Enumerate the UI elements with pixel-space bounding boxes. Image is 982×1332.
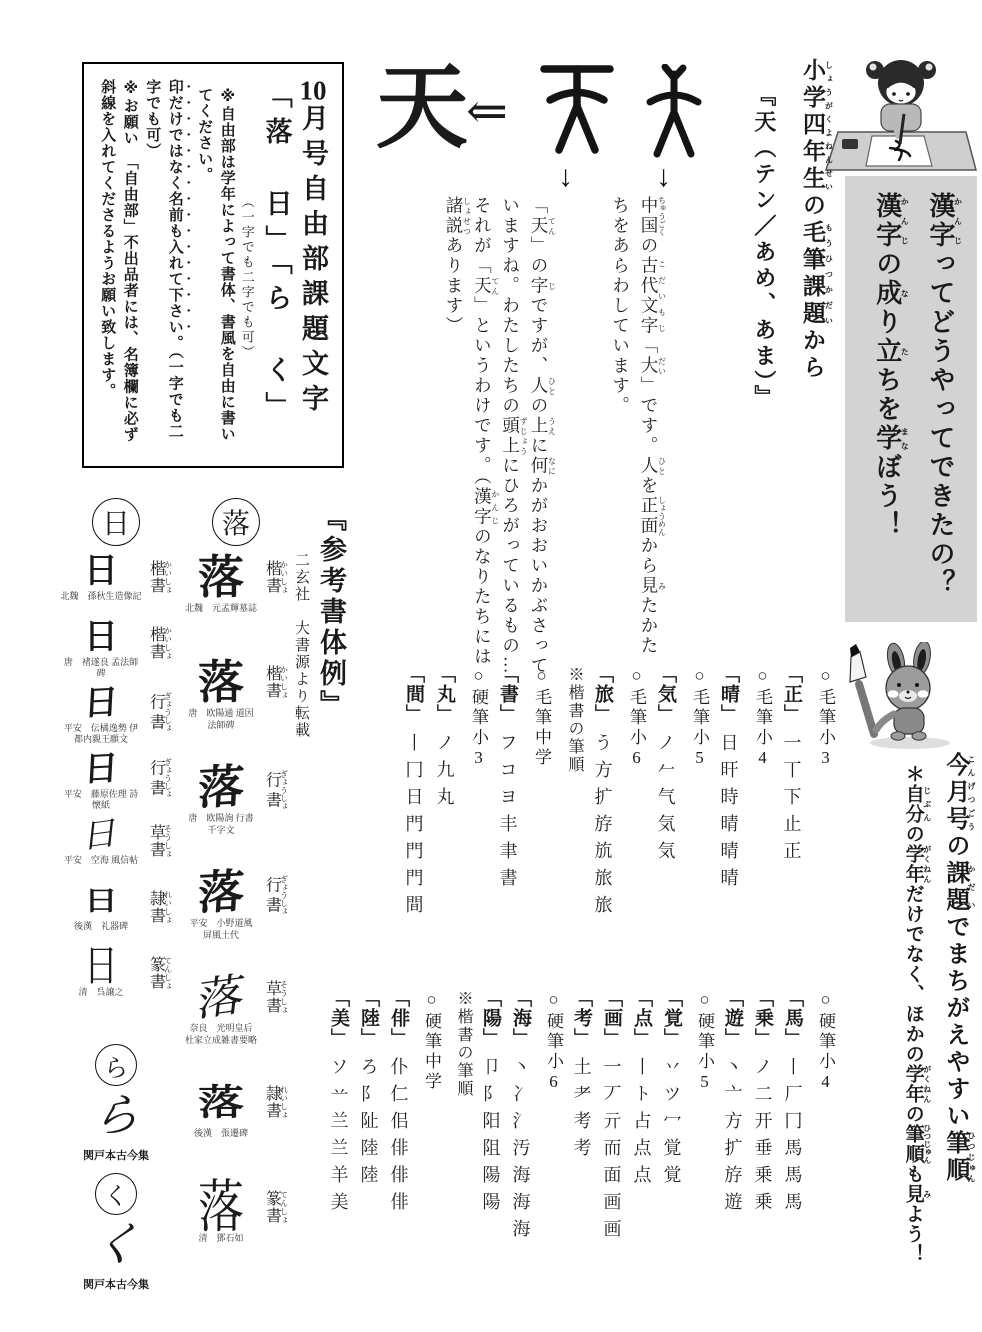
stroke-order-steps: ソ䒑兰兰羊美 [326, 1057, 352, 1219]
kana-cursive-glyph: ら [89, 1090, 142, 1143]
banner-title-line2: 漢字かんじの成なり立たちを学まなぼう！ [860, 192, 913, 622]
stroke-order-kanji-column: 「海」丶冫氵汚海海海 [506, 988, 535, 1246]
stroke-order-kaisho-note: ※楷書の筆順 [556, 664, 586, 774]
stroke-order-target-kanji: 「陽」 [477, 988, 504, 1048]
article-heading-block: 小学四年生しょうがくよねんせいの毛筆課題もうひつかだいから 『天（テン／あめ、あ… [698, 58, 840, 628]
script-glyph-wrap: 日唐 褚遂良 孟法師碑 [60, 620, 142, 680]
stroke-order-kanji-column: 「乗」ノ二开垂乗乗 [748, 988, 777, 1219]
stroke-order-steps: 丨ト占点点 [629, 1057, 655, 1192]
kana-cursive-glyph: く [89, 1219, 142, 1272]
script-source-caption: 奈良 光明皇后 杜家立成雑書要略 [184, 1023, 258, 1046]
script-style-entry: 落唐 欧陽通 道因法師碑楷書かいしょ [184, 659, 288, 764]
stroke-order-kanji-column: 「正」一丅下止正 [777, 664, 806, 868]
stroke-order-steps: 仆仁佀俳俳俳 [386, 1057, 412, 1219]
script-glyph-wrap: 落平安 小野道風 屏風土代 [184, 869, 258, 942]
stroke-order-target-kanji: 「覚」 [658, 988, 685, 1048]
newsletter-page: 漢字かんじってどうやってできたの？ 漢字かんじの成なり立たちを学まなぼう！ 小学… [0, 0, 982, 1332]
stroke-order-steps: フコヨ丰聿書 [495, 733, 521, 895]
girl-illustration-svg [820, 56, 982, 174]
stroke-order-target-kanji: 「陸」 [355, 988, 382, 1048]
script-style-entry: 日北魏 孫秋生造像記楷書かいしょ [60, 554, 172, 620]
stroke-order-kanji-column: 「俳」仆仁佀俳俳俳 [384, 988, 413, 1219]
script-source-caption: 後漢 張遷碑 [194, 1128, 248, 1140]
script-source-caption: 平安 空海 風信帖 [64, 855, 138, 867]
reference-column-kana: らら関戸本古今集くく関戸本古今集 [64, 1044, 168, 1332]
stroke-order-target-kanji: 「丸」 [431, 664, 458, 724]
script-source-caption: 唐 欧陽詢 行書千字文 [184, 813, 258, 836]
script-glyph-wrap: 落奈良 光明皇后 杜家立成雑書要略 [184, 974, 258, 1047]
reference-column-raku: 落落北魏 元孟輝墓誌楷書かいしょ落唐 欧陽通 道因法師碑楷書かいしょ落唐 欧陽詢… [184, 498, 288, 1332]
stroke-order-kanji-column: 「気」ノ𠂉气気気 [651, 664, 680, 868]
script-glyph: 落 [197, 868, 246, 919]
stroke-order-grade-label: ○毛筆中学 [524, 664, 554, 768]
stroke-order-grade-label: ○毛筆小3 [808, 664, 838, 770]
rabbit-brush-illustration [836, 642, 978, 750]
script-glyph-wrap: 日平安 伝橘逸勢 伊都内親王願文 [60, 686, 142, 746]
script-style-label: 篆書てんしょ [142, 950, 172, 990]
kana-character-circle: く [95, 1173, 137, 1215]
script-style-label: 行書ぎょうしょ [142, 752, 172, 798]
script-source-caption: 唐 欧陽通 道因法師碑 [184, 708, 258, 731]
stroke-order-target-kanji: 「間」 [400, 664, 427, 724]
script-glyph-wrap: 落後漢 張遷碑 [184, 1079, 258, 1140]
script-source-caption: 平安 伝橘逸勢 伊都内親王願文 [60, 723, 142, 746]
script-style-entry: 落平安 小野道風 屏風土代行書ぎょうしょ [184, 869, 288, 974]
freestyle-box-title-rest: 月号自由部課題文字 [298, 104, 328, 419]
kana-source-caption: 関戸本古今集 [83, 1147, 149, 1163]
script-source-caption: 北魏 孫秋生造像記 [60, 591, 141, 603]
script-style-entry: 日平安 空海 風信帖草書そうしょ [60, 818, 172, 884]
stroke-order-kanji-column: 「丸」ノ九丸 [430, 664, 459, 814]
script-source-caption: 平安 藤原佐理 詩懐紙 [60, 789, 142, 812]
girl-calligraphy-illustration [820, 56, 982, 174]
script-style-entry: 落後漢 張遷碑隷書れいしょ [184, 1079, 288, 1184]
stroke-order-target-kanji: 「考」 [568, 988, 595, 1048]
script-style-label: 隷書れいしょ [258, 1079, 288, 1119]
stroke-order-target-kanji: 「海」 [507, 988, 534, 1048]
stroke-order-kanji-column: 「遊」丶亠方扩斿遊 [718, 988, 747, 1219]
stroke-order-kanji-column: 「考」土耂考考 [567, 988, 596, 1165]
script-glyph-wrap: 日後漢 礼器碑 [60, 884, 142, 932]
ancient-dai-pictograph [645, 64, 703, 162]
stroke-order-target-kanji: 「正」 [778, 664, 805, 724]
script-source-caption: 唐 褚遂良 孟法師碑 [60, 657, 142, 680]
stroke-order-target-kanji: 「美」 [325, 988, 352, 1048]
stroke-order-kanji-column: 「書」フコヨ丰聿書 [493, 664, 522, 895]
stroke-order-kanji-column: 「陽」卩阝阳阻陽陽 [476, 988, 505, 1219]
script-glyph: 日 [82, 816, 121, 856]
freestyle-box-title: 10月号自由部課題文字 [295, 77, 331, 453]
stroke-order-grade-label: ○硬筆小4 [808, 988, 838, 1094]
rabbit-illustration-svg [836, 642, 978, 750]
script-style-label: 隷書れいしょ [142, 884, 172, 924]
stroke-order-target-kanji: 「遊」 [719, 988, 746, 1048]
stroke-order-target-kanji: 「書」 [494, 664, 521, 724]
stroke-order-kanji-column: 「間」丨冂日門門門間 [399, 664, 428, 922]
script-glyph-wrap: 日平安 空海 風信帖 [60, 818, 142, 866]
script-glyph: 落 [198, 1178, 244, 1238]
script-style-label: 行書ぎょうしょ [258, 764, 288, 810]
script-style-entry: 日平安 伝橘逸勢 伊都内親王願文行書ぎょうしょ [60, 686, 172, 752]
script-glyph: 日 [84, 620, 118, 656]
script-glyph: 日 [84, 888, 118, 916]
reference-character-circle: 落 [212, 498, 260, 546]
script-source-caption: 北魏 元孟輝墓誌 [185, 603, 257, 615]
stroke-order-kanji-column: 「旅」う方扩斿斻旅旅 [588, 664, 617, 922]
stroke-order-steps: 丨厂冂馬馬馬 [780, 1057, 806, 1219]
reference-credit: 二玄社 大書源より転載 [291, 552, 312, 984]
stroke-order-kanji-column: 「美」ソ䒑兰兰羊美 [324, 988, 353, 1219]
stroke-order-grade-label: ○硬筆中学 [414, 988, 444, 1092]
stroke-order-steps: ノ九丸 [432, 733, 458, 814]
script-style-label: 楷書かいしょ [258, 554, 288, 594]
stroke-order-band-brush: ○毛筆小3「正」一丅下止正○毛筆小4「晴」日旰時晴晴晴○毛筆小5「気」ノ𠂉气気気… [396, 664, 838, 988]
script-glyph-wrap: 落北魏 元孟輝墓誌 [184, 554, 258, 615]
article-paragraph-ten: 「天てん」の字じですが、人ひとの上うえに何なにかがおおいかぶさっていますね。わた… [410, 196, 556, 682]
freestyle-assignment-box: 10月号自由部課題文字 「落 日」「ら く」 （一字でも二字でも可） ※自由部は… [82, 62, 344, 468]
script-style-label: 篆書てんしょ [258, 1184, 288, 1224]
stroke-order-steps: 一丅下止正 [779, 733, 805, 868]
script-glyph: 落 [197, 763, 246, 814]
script-style-entry: 日後漢 礼器碑隷書れいしょ [60, 884, 172, 950]
stroke-order-grade-label: ○硬筆小5 [687, 988, 717, 1094]
script-style-label: 楷書かいしょ [142, 620, 172, 660]
script-glyph-wrap: 落清 鄧石如 [184, 1184, 258, 1245]
stroke-order-target-kanji: 「点」 [628, 988, 655, 1048]
stroke-order-steps: ノ𠂉气気気 [653, 733, 679, 868]
stroke-order-kanji-column: 「馬」丨厂冂馬馬馬 [778, 988, 807, 1219]
kana-character-circle: ら [95, 1044, 137, 1086]
ancient-ten-pictograph [538, 58, 616, 158]
script-glyph: 日 [84, 946, 118, 991]
script-source-caption: 平安 小野道風 屏風土代 [184, 918, 258, 941]
stroke-order-steps: 丶亠方扩斿遊 [720, 1057, 746, 1219]
article-paragraph-dai: 中国ちゅうごくの古代文字こだいもじ「大だい」です。人ひとを正面しょうめんから見み… [588, 196, 666, 666]
kana-source-caption: 関戸本古今集 [83, 1276, 149, 1292]
stroke-order-grade-label: ○硬筆小3 [461, 664, 491, 770]
freestyle-note-2-emphasis: 印だけではなく名前も入れて下さい。 [167, 79, 184, 351]
stroke-order-kanji-column: 「陸」ろ阝阯陸陸 [354, 988, 383, 1192]
stroke-order-target-kanji: 「馬」 [779, 988, 806, 1048]
script-style-entry: 落唐 欧陽詢 行書千字文行書ぎょうしょ [184, 764, 288, 869]
script-source-caption: 後漢 礼器碑 [74, 921, 128, 933]
stroke-order-heading-block: 今月号こんげつごうの課題かだいでまちがえやすい筆順ひつじゅん ＊自分じぶんの学年… [842, 752, 978, 1332]
stroke-order-subheading: ＊自分じぶんの学年がくねんだけでなく、ほかの学年がくねんの筆順ひつじゅんも見みよ… [896, 764, 932, 1332]
stroke-order-band-pen: ○硬筆小4「馬」丨厂冂馬馬馬「乗」ノ二开垂乗乗「遊」丶亠方扩斿遊○硬筆小5「覚」… [316, 988, 838, 1332]
script-glyph-wrap: 日北魏 孫秋生造像記 [60, 554, 142, 602]
issue-number: 10 [298, 77, 328, 104]
script-style-label: 行書ぎょうしょ [258, 869, 288, 915]
script-glyph: 落 [195, 971, 247, 1025]
stroke-order-steps: 日旰時晴晴晴 [716, 733, 742, 895]
script-glyph-wrap: 落唐 欧陽通 道因法師碑 [184, 659, 258, 732]
stroke-order-steps: 一丆亓而面画画 [599, 1057, 625, 1246]
script-glyph: 落 [198, 554, 244, 602]
article-subheading: 『天（テン／あめ、あま）』 [743, 84, 785, 628]
stroke-order-target-kanji: 「気」 [652, 664, 679, 724]
script-style-entry: 日平安 藤原佐理 詩懐紙行書ぎょうしょ [60, 752, 172, 818]
stroke-order-kaisho-note: ※楷書の筆順 [445, 988, 475, 1098]
script-glyph: 落 [198, 659, 244, 707]
stroke-order-steps: 卩阝阳阻陽陽 [478, 1057, 504, 1219]
reference-column-hi: 日日北魏 孫秋生造像記楷書かいしょ日唐 褚遂良 孟法師碑楷書かいしょ日平安 伝橘… [60, 498, 172, 1044]
stroke-order-target-kanji: 「俳」 [385, 988, 412, 1048]
script-glyph: 落 [198, 1084, 244, 1122]
stroke-order-grade-label: ○毛筆小6 [619, 664, 649, 770]
stroke-order-heading: 今月号こんげつごうの課題かだいでまちがえやすい筆順ひつじゅん [931, 752, 978, 1332]
stroke-order-steps: 丷ツ冖覚覚 [659, 1057, 685, 1192]
stroke-order-target-kanji: 「晴」 [715, 664, 742, 724]
down-arrow-icon: ↓ [656, 160, 671, 194]
reference-character-circle: 日 [92, 498, 140, 546]
script-style-entry: 日清 呉譲之篆書てんしょ [60, 950, 172, 1016]
assignment-characters: 「落 日」「ら く」 [257, 81, 295, 453]
stroke-order-grade-label: ○毛筆小5 [682, 664, 712, 770]
stroke-order-steps: ノ二开垂乗乗 [750, 1057, 776, 1219]
script-glyph-wrap: 日清 呉譲之 [60, 950, 142, 998]
stroke-order-kanji-column: 「画」一丆亓而面画画 [597, 988, 626, 1246]
assignment-characters-note: （一字でも二字でも可） [238, 195, 257, 453]
script-style-entry: 落清 鄧石如篆書てんしょ [184, 1184, 288, 1289]
freestyle-note-3: ※お願い 「自由部」不出品者には、名簿欄に必ず斜線を入れてくださるようお願い致し… [96, 79, 141, 453]
script-style-entry: 落奈良 光明皇后 杜家立成雑書要略草書そうしょ [184, 974, 288, 1079]
script-style-label: 楷書かいしょ [258, 659, 288, 699]
stroke-order-steps: 丨冂日門門門間 [401, 733, 427, 922]
stroke-order-steps: 丶冫氵汚海海海 [508, 1057, 534, 1246]
reference-title: 『参考書体例』 [312, 504, 351, 984]
stroke-order-grade-label: ○硬筆小6 [536, 988, 566, 1094]
stroke-order-steps: う方扩斿斻旅旅 [590, 733, 616, 922]
freestyle-note-2: 印だけではなく名前も入れて下さい。（一字でも二字でも可） [141, 79, 193, 453]
reference-title-block: 『参考書体例』 二玄社 大書源より転載 [287, 504, 351, 984]
stroke-order-grade-label: ○毛筆小4 [745, 664, 775, 770]
script-glyph-wrap: 日平安 藤原佐理 詩懐紙 [60, 752, 142, 812]
stroke-order-kanji-column: 「点」丨ト占点点 [627, 988, 656, 1192]
stroke-order-target-kanji: 「乗」 [749, 988, 776, 1048]
script-style-label: 楷書かいしょ [142, 554, 172, 594]
left-double-arrow-icon: ⇐ [466, 86, 508, 136]
script-glyph-wrap: 落唐 欧陽詢 行書千字文 [184, 764, 258, 837]
script-style-label: 草書そうしょ [258, 974, 288, 1014]
stroke-order-kanji-column: 「晴」日旰時晴晴晴 [714, 664, 743, 895]
stroke-order-kanji-column: 「覚」丷ツ冖覚覚 [657, 988, 686, 1192]
title-banner: 漢字かんじってどうやってできたの？ 漢字かんじの成なり立たちを学まなぼう！ [845, 176, 977, 622]
stroke-order-target-kanji: 「画」 [598, 988, 625, 1048]
stroke-order-steps: 土耂考考 [569, 1057, 595, 1165]
script-style-label: 行書ぎょうしょ [142, 686, 172, 732]
freestyle-note-1: ※自由部は学年によって書体、書風を自由に書いてください。 [193, 87, 238, 453]
script-style-label: 草書そうしょ [142, 818, 172, 858]
script-glyph: 日 [83, 685, 119, 722]
down-arrow-icon: ↓ [558, 160, 573, 194]
banner-title-line1: 漢字かんじってどうやってできたの？ [914, 192, 967, 622]
modern-ten-glyph: 天 [366, 58, 478, 174]
script-glyph: 日 [83, 751, 119, 788]
script-style-entry: 日唐 褚遂良 孟法師碑楷書かいしょ [60, 620, 172, 686]
article-heading: 小学四年生しょうがくよねんせいの毛筆課題もうひつかだいから [785, 58, 840, 628]
script-glyph: 日 [84, 554, 118, 590]
script-style-entry: 落北魏 元孟輝墓誌楷書かいしょ [184, 554, 288, 659]
stroke-order-target-kanji: 「旅」 [589, 664, 616, 724]
stroke-order-steps: ろ阝阯陸陸 [356, 1057, 382, 1192]
